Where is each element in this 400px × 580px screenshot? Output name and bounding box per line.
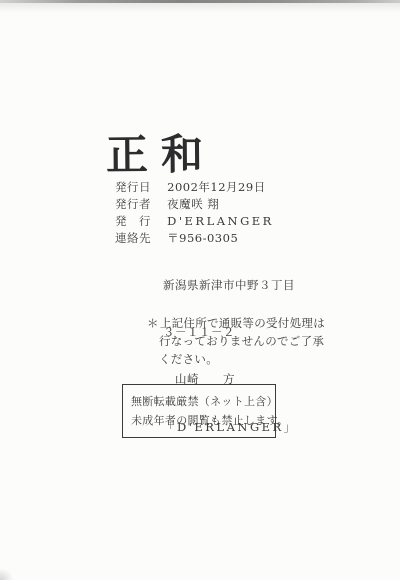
postal-code: 〒956-0305 (167, 231, 238, 245)
note-line-2: 行なっておりませんのでご了承 (147, 332, 325, 350)
note-line-3: ください。 (147, 350, 325, 368)
circle-name: D'ERLANGER (167, 214, 274, 228)
book-title: 正和 (106, 122, 217, 183)
reproduction-warning-box: 無断転載厳禁（ネット上含） 未成年者の閲覧も禁止します。 (122, 384, 276, 438)
note-line-1-text: 上記住所で通販等の受付処理は (160, 316, 325, 330)
publisher-person-row: 発行者 夜魔咲 翔 (115, 196, 274, 213)
contact-row: 連絡先 〒956-0305 (115, 230, 274, 247)
publish-date-row: 発行日 2002年12月29日 (115, 179, 274, 196)
publish-date-value: 2002年12月29日 (167, 180, 266, 194)
publisher-person-label: 発行者 (115, 196, 163, 213)
colophon-info: 発行日 2002年12月29日 発行者 夜魔咲 翔 発 行 D'ERLANGER… (115, 179, 274, 247)
scan-artifact-mark (0, 568, 14, 580)
note-line-1: ＊上記住所で通販等の受付処理は (147, 314, 325, 332)
scan-top-haze (0, 3, 400, 13)
mail-order-note: ＊上記住所で通販等の受付処理は 行なっておりませんのでご了承 ください。 (147, 314, 325, 368)
contact-label: 連絡先 (115, 230, 163, 247)
publisher-person-value: 夜魔咲 翔 (167, 197, 219, 211)
circle-row: 発 行 D'ERLANGER (115, 213, 274, 230)
warning-line-1: 無断転載厳禁（ネット上含） (131, 393, 275, 412)
colophon-page: 正和 発行日 2002年12月29日 発行者 夜魔咲 翔 発 行 D'ERLAN… (0, 0, 400, 580)
publish-date-label: 発行日 (115, 179, 163, 196)
address-line-prefecture: 新潟県新津市中野３丁目 (163, 278, 298, 294)
circle-label: 発 行 (115, 213, 163, 230)
warning-line-2: 未成年者の閲覧も禁止します。 (131, 412, 275, 431)
asterisk-marker: ＊ (147, 316, 159, 330)
